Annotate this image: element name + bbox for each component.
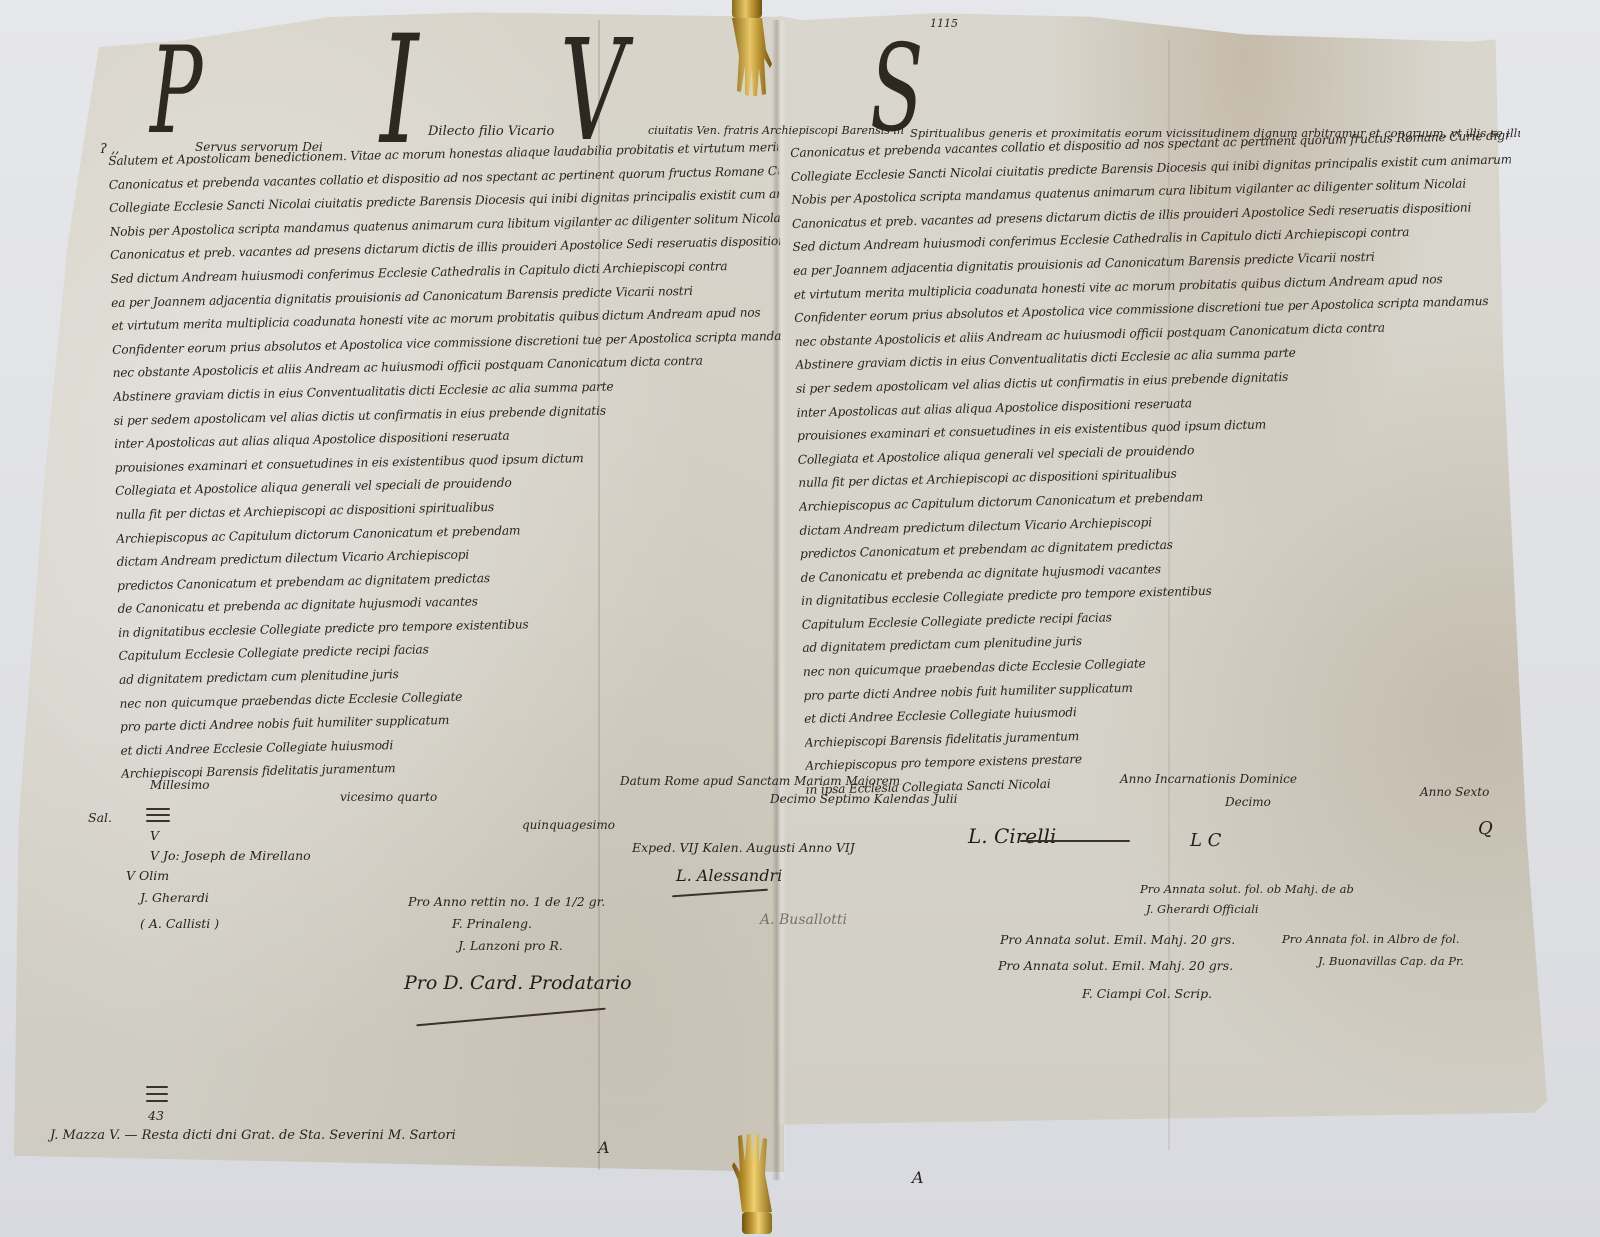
margin-visa-mirellano: V Jo: Joseph de Mirellano (150, 846, 311, 865)
superscript-mark: 1115 (930, 14, 958, 33)
dating-line-d: Decimo Septimo Kalendas Julii (770, 792, 957, 806)
right-note-7: J. Buonavillas Cap. da Pr. (1318, 952, 1464, 971)
margin-olim: V Olim (126, 866, 169, 885)
right-note-6: Pro Annata fol. in Albro de fol. (1282, 930, 1460, 949)
right-note-2: J. Gherardi Officiali (1146, 900, 1259, 919)
signature-alessandri: L. Alessandri (676, 866, 782, 885)
signature-cirelli: L. Cirelli (968, 824, 1056, 848)
registry-rule (146, 1093, 168, 1095)
dating-line-e: Anno Incarnationis Dominice (1120, 772, 1297, 786)
bottom-mark-left: A (598, 1138, 610, 1157)
gold-hand-clip-bottom-icon (728, 1124, 784, 1234)
right-note-5: F. Ciampi Col. Scrip. (1082, 984, 1212, 1003)
dating-line-b: vicesimo quarto (340, 790, 437, 804)
margin-callisti: ( A. Callisti ) (140, 914, 219, 933)
registry-number: 43 (148, 1106, 164, 1125)
salutation-left: Dilecto filio Vicario (428, 124, 554, 139)
registry-line: J. Mazza V. — Resta dicti dni Grat. de S… (50, 1126, 456, 1145)
bull-text-right-column: Canonicatus et prebenda vacantes collati… (790, 124, 1526, 802)
expedition-note: Exped. VIJ Kalen. Augusti Anno VIJ (632, 838, 855, 857)
margin-rule (146, 814, 170, 816)
cirelli-flourish (1020, 840, 1130, 842)
dating-line-h: Datum Rome apud Sanctam Mariam Majorem (620, 774, 900, 788)
bottom-mark-right: A (912, 1168, 924, 1187)
initials-lc: L C (1190, 830, 1221, 851)
dating-line-g: Decimo (1225, 795, 1271, 809)
dating-line-f: Anno Sexto (1420, 785, 1489, 799)
margin-gherardi: J. Gherardi (140, 888, 209, 907)
center-left-note-3: J. Lanzoni pro R. (458, 936, 563, 955)
center-left-note-1: Pro Anno rettin no. 1 de 1/2 gr. (408, 892, 605, 911)
bull-text-left-column: Salutem et Apostolicam benedictionem. Vi… (108, 136, 791, 787)
registry-rule (146, 1100, 168, 1102)
manuscript-photo-scene: P I V S 1115 ʔ ,, Servus servorum Dei Di… (0, 0, 1600, 1237)
signature-faded: A. Busallotti (760, 912, 847, 928)
paraph-mark: Q (1478, 818, 1493, 839)
dating-line-c: quinquagesimo (522, 818, 615, 832)
margin-rule (146, 808, 170, 810)
margin-v: V (150, 826, 159, 845)
signature-prodatario: Pro D. Card. Prodatario (404, 972, 632, 994)
center-left-note-2: F. Prinaleng. (452, 914, 532, 933)
margin-rule (146, 820, 170, 822)
dating-millesimo: Millesimo (150, 778, 210, 792)
right-note-4: Pro Annata solut. Emil. Mahj. 20 grs. (998, 956, 1233, 975)
gold-hand-clip-top-icon (720, 0, 776, 106)
right-note-1: Pro Annata solut. fol. ob Mahj. de ab (1140, 880, 1354, 899)
margin-sal: Sal. (88, 808, 112, 827)
right-note-3: Pro Annata solut. Emil. Mahj. 20 grs. (1000, 930, 1235, 949)
registry-rule (146, 1086, 168, 1088)
